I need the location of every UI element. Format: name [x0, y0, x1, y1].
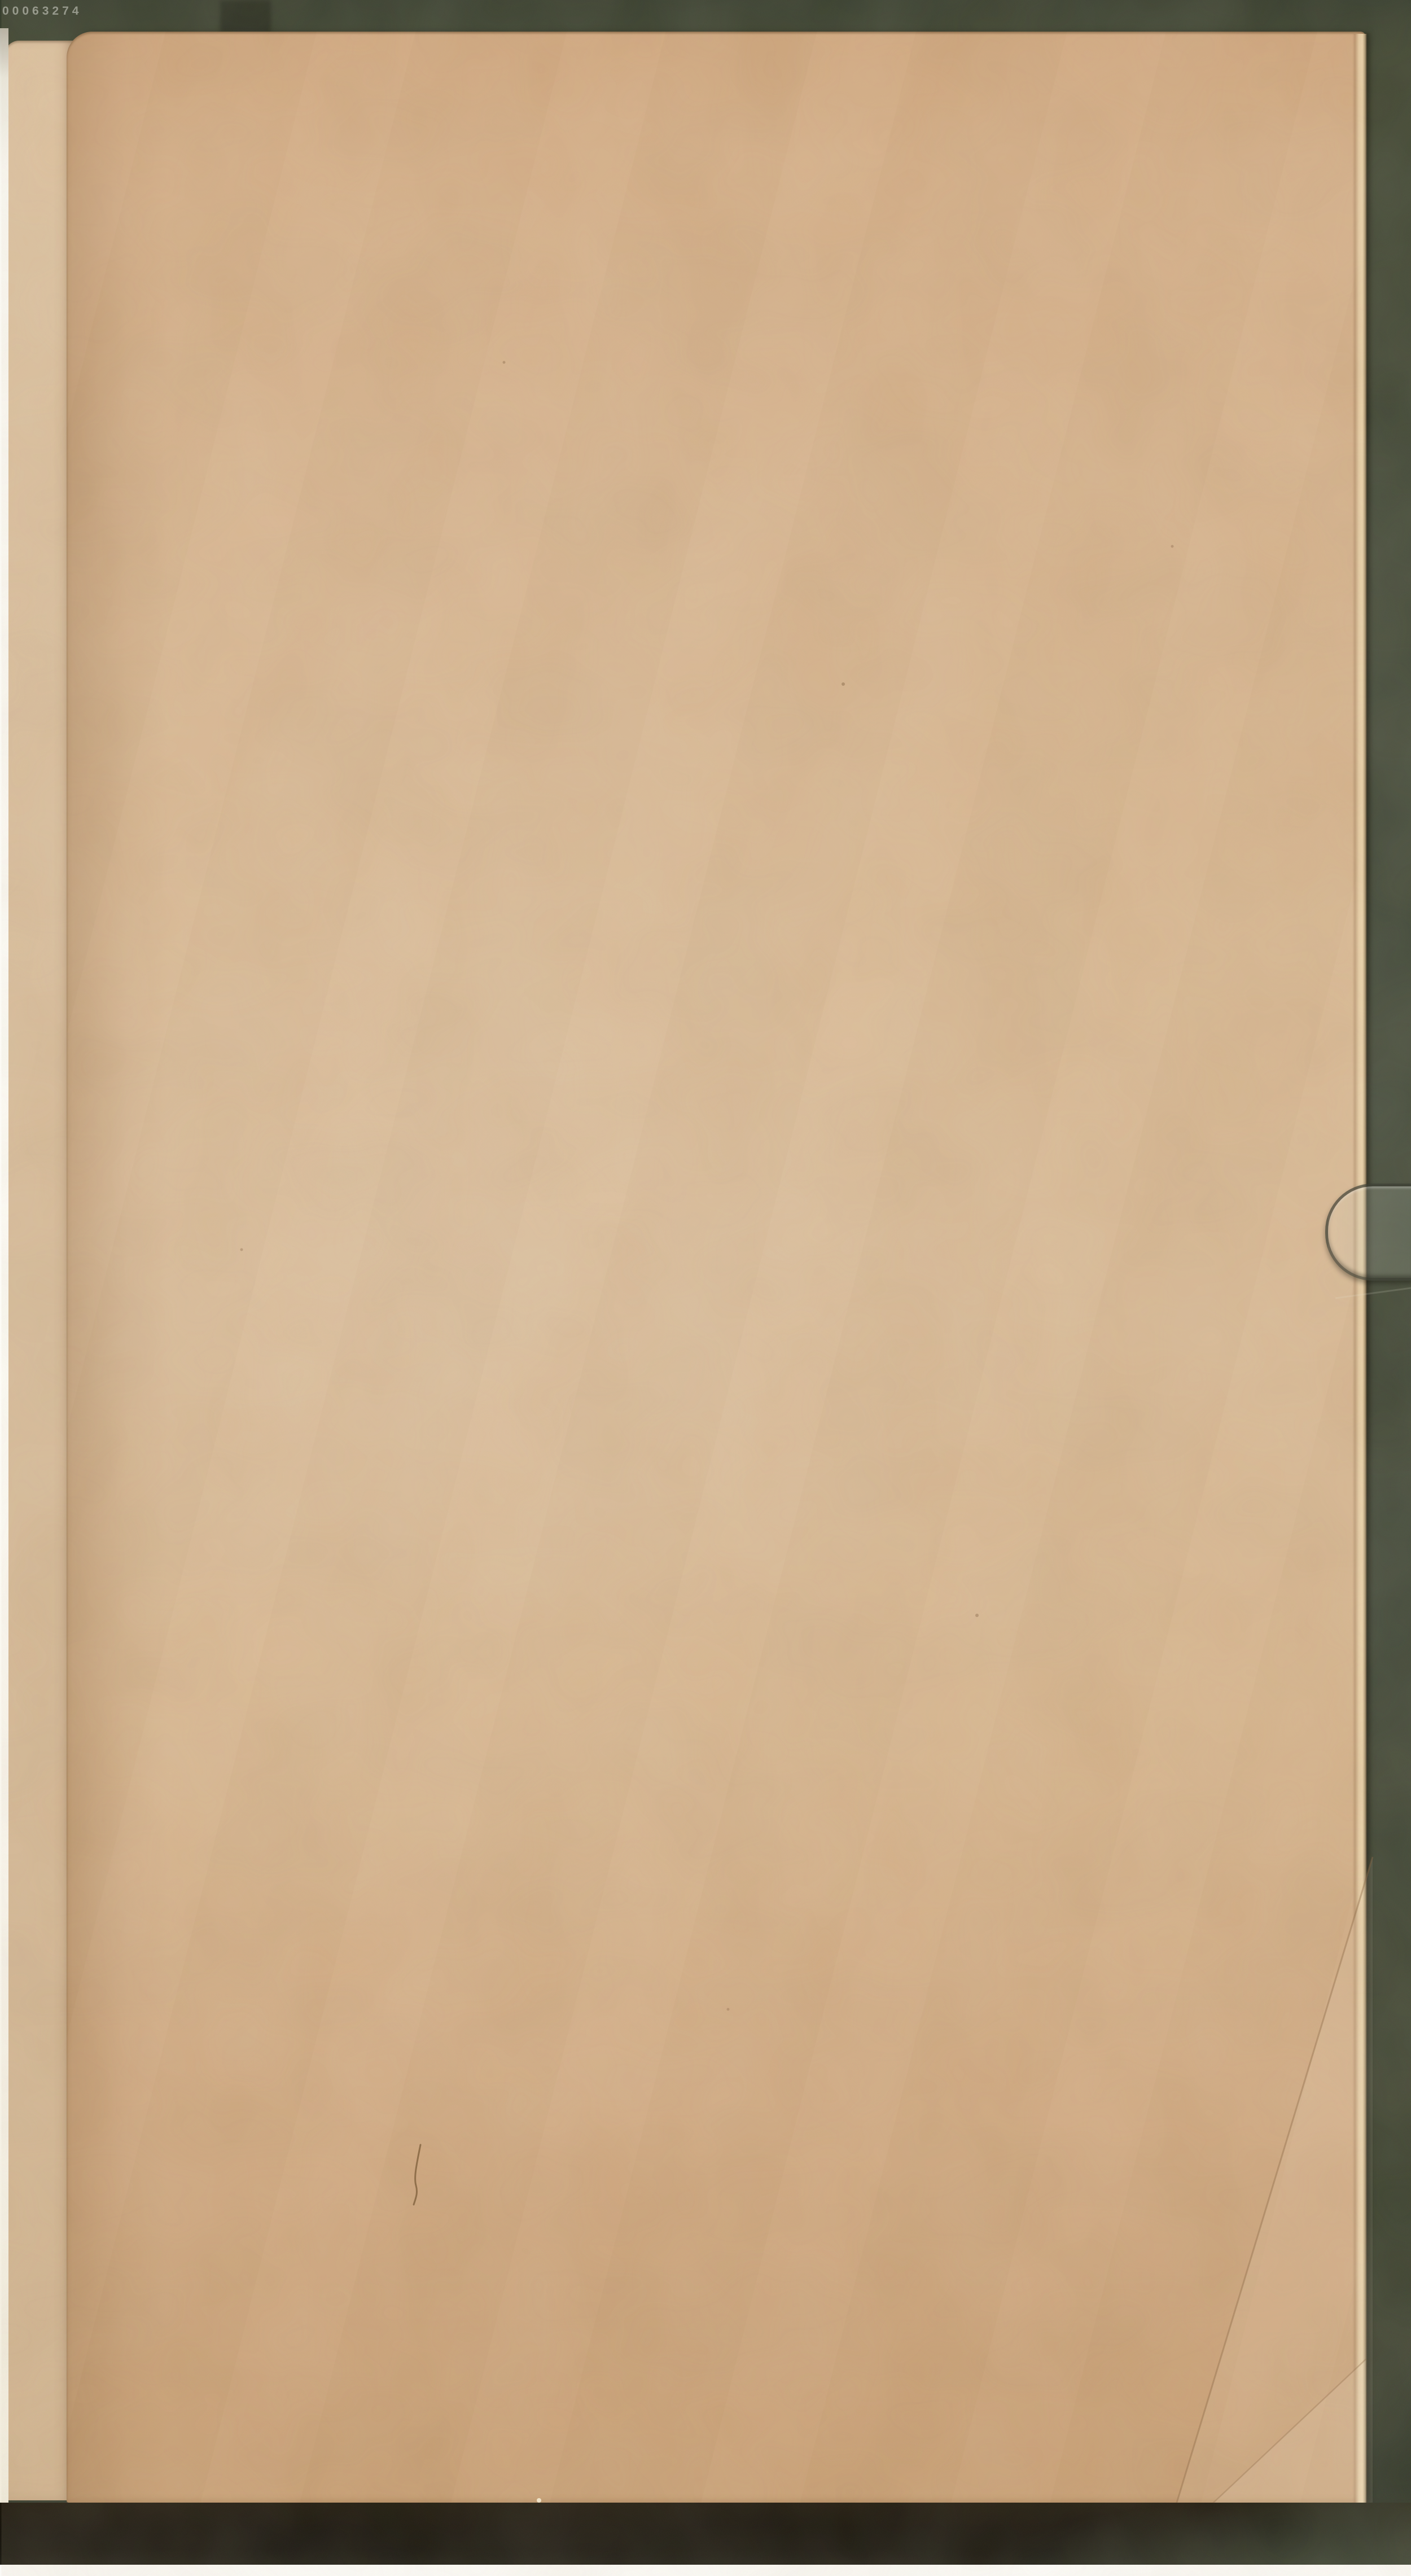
scan-photo-backdrop: 00063274	[0, 0, 1411, 2576]
scan-id-label: 00063274	[2, 5, 82, 18]
paper-texture-overlay	[0, 0, 1411, 2576]
page-holder-clip	[1325, 1184, 1411, 1281]
